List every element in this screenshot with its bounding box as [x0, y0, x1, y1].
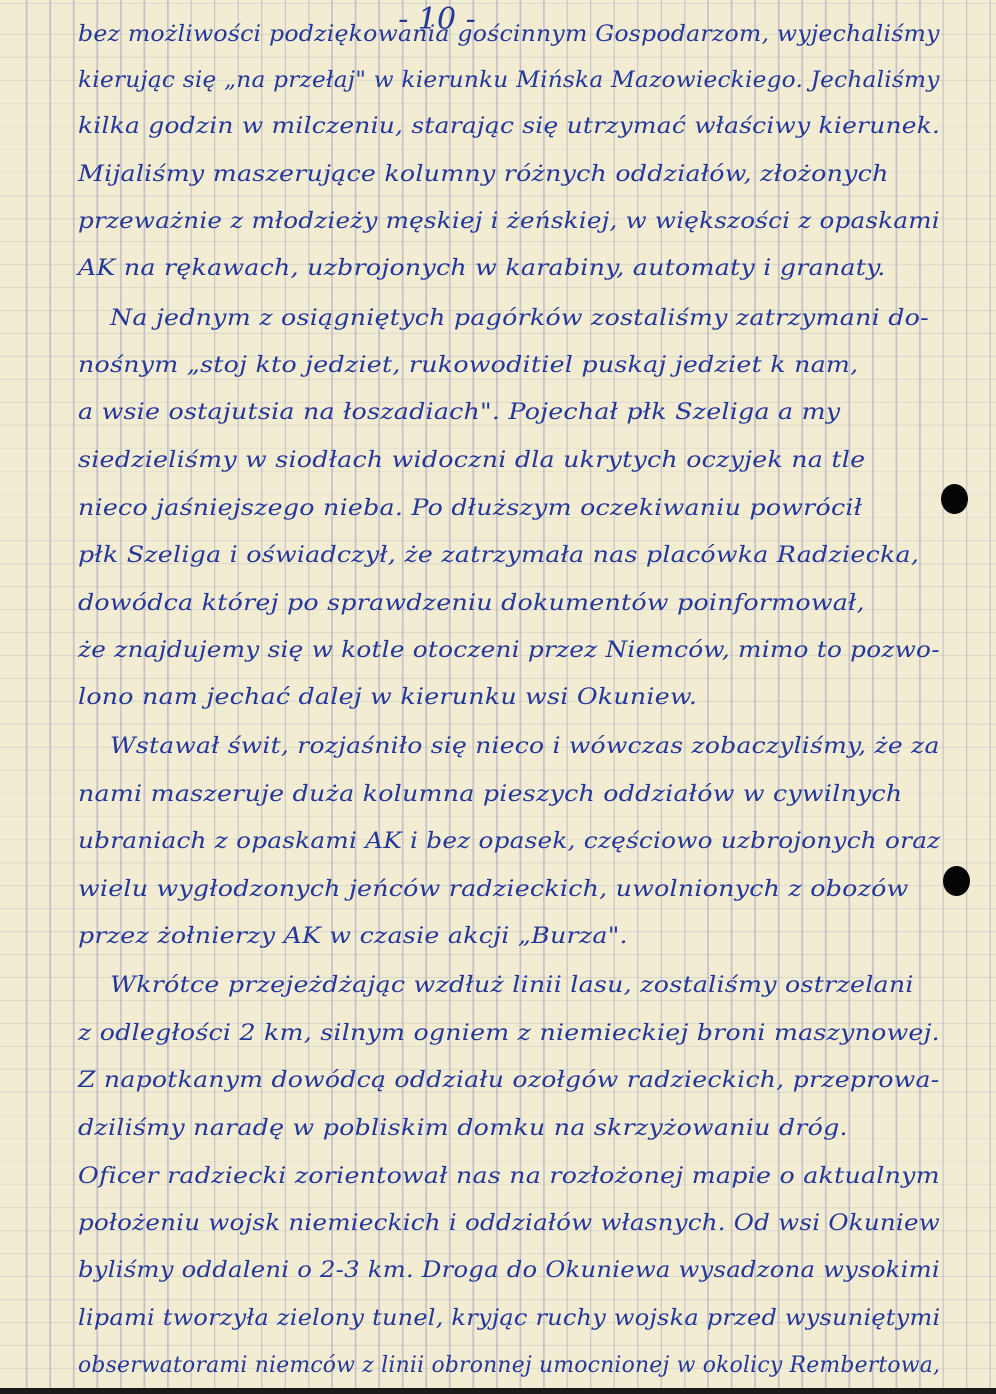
- text-line: AK na rękawach, uzbrojonych w karabiny, …: [78, 256, 886, 281]
- text-line: dziliśmy naradę w pobliskim domku na skr…: [78, 1116, 848, 1141]
- text-line: z odległości 2 km, silnym ogniem z niemi…: [78, 1021, 940, 1046]
- notebook-page: - 10 - bez możliwości podziękowania gośc…: [0, 0, 996, 1388]
- text-line: Oficer radziecki zorientował nas na rozł…: [78, 1164, 940, 1189]
- text-line: kierując się „na przełaj" w kierunku Miń…: [78, 68, 940, 93]
- text-line: ubraniach z opaskami AK i bez opasek, cz…: [78, 829, 940, 854]
- text-line: lipami tworzyła zielony tunel, kryjąc ru…: [78, 1306, 940, 1331]
- text-line: Wstawał świt, rozjaśniło się nieco i wów…: [110, 734, 940, 759]
- text-line: przeważnie z młodzieży męskiej i żeńskie…: [78, 209, 940, 234]
- binder-punch-hole: [941, 484, 968, 514]
- text-line: położeniu wojsk niemieckich i oddziałów …: [78, 1211, 940, 1236]
- text-line: dowódca której po sprawdzeniu dokumentów…: [78, 591, 865, 616]
- text-line: siedzieliśmy w siodłach widoczni dla ukr…: [78, 448, 865, 473]
- text-line: Wkrótce przejeżdżając wzdłuż linii lasu,…: [110, 973, 914, 998]
- text-line: płk Szeliga i oświadczył, że zatrzymała …: [78, 543, 919, 568]
- text-line: bez możliwości podziękowania gościnnym G…: [78, 22, 940, 47]
- text-line: Z napotkanym dowódcą oddziału ozołgów ra…: [78, 1068, 939, 1093]
- text-line: nośnym „stoj kto jedziet, rukowoditiel p…: [78, 353, 858, 378]
- text-line: lono nam jechać dalej w kierunku wsi Oku…: [78, 685, 697, 710]
- binder-punch-hole: [943, 866, 970, 896]
- text-line: przez żołnierzy AK w czasie akcji „Burza…: [78, 924, 628, 949]
- text-line: kilka godzin w milczeniu, starając się u…: [78, 114, 940, 139]
- text-line: obserwatorami niemców z linii obronnej u…: [78, 1353, 940, 1378]
- text-line: a wsie ostajutsia na łoszadiach". Pojech…: [78, 400, 840, 425]
- text-line: byliśmy oddaleni o 2-3 km. Droga do Okun…: [78, 1258, 940, 1283]
- text-line: że znajdujemy się w kotle otoczeni przez…: [78, 638, 940, 663]
- text-line: nieco jaśniejszego nieba. Po dłuższym oc…: [78, 496, 862, 521]
- text-line: wielu wygłodzonych jeńców radzieckich, u…: [78, 877, 908, 902]
- text-line: Na jednym z osiągniętych pagórków zostal…: [110, 306, 929, 331]
- text-line: Mijaliśmy maszerujące kolumny różnych od…: [78, 162, 889, 187]
- text-line: nami maszeruje duża kolumna pieszych odd…: [78, 782, 902, 807]
